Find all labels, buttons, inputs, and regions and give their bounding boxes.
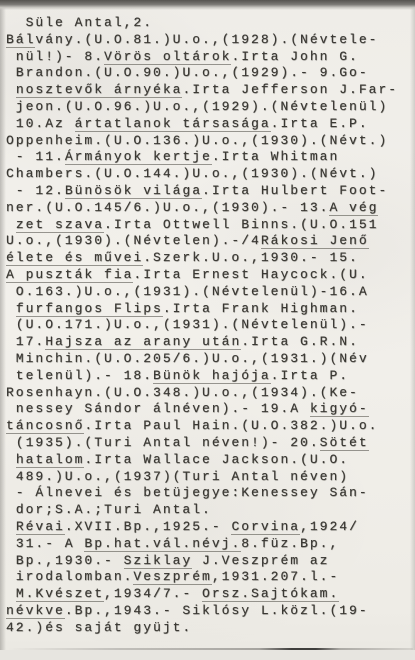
text-line: O.163.)U.o.,(1931).(Névtelenül)-16.A (6, 284, 410, 301)
text-line: hatalom.Irta Wallace Jackson.(U.O. (6, 452, 410, 469)
text-line: nessey Sándor álnéven).- 19.A kigyó- (6, 401, 410, 418)
text-line: Révai.XVII.Bp.,1925.- Corvina,1924/ (6, 519, 410, 536)
text-line: - 12.Bünösök világa.Irta Hulbert Foot- (6, 183, 410, 200)
text-line: M.Kvészet,1934/7.- Orsz.Sajtókam. (6, 586, 410, 603)
text-line: élete és művei.Szerk.U.o.,1930.- 15. (6, 250, 410, 267)
text-line: nül!)- 8.Vörös oltárok.Irta John G. (6, 49, 410, 66)
page-background: { "colors": { "paper": "#f1efe9", "ink":… (0, 0, 415, 660)
text-line: - Álnevei és betüjegye:Kenessey Sán- (6, 485, 410, 502)
text-line: Bálvány.(U.O.81.)U.o.,(1928).(Névtele- (6, 32, 410, 49)
text-line: telenül).- 18.Bünök hajója.Irta P. (6, 368, 410, 385)
text-line: 31.- A Bp.hat.vál.névj.8.füz.Bp., (6, 536, 410, 553)
scan-edge-right (410, 0, 415, 660)
text-line: - 11.Ármányok kertje.Irta Whitman (6, 149, 410, 166)
text-line: 10.Az ártatlanok társasága.Irta E.P. (6, 116, 410, 133)
text-line: táncosnő.Irta Paul Hain.(U.O.382.)U.o. (6, 418, 410, 435)
text-line: ner.(U.O.145/6.)U.o.,(1930).- 13.A vég (6, 200, 410, 217)
text-line: 489.)U.o.,(1937)(Turi Antal néven) (6, 469, 410, 486)
text-line: Brandon.(U.O.90.)U.o.,(1929).- 9.Go- (6, 65, 410, 82)
text-line: nosztevők árnyéka.Irta Jefferson J.Far- (6, 82, 410, 99)
text-line: Rosenhayn.(U.O.348.)U.o.,(1934).(Ke- (6, 385, 410, 402)
text-line: Oppenheim.(U.O.136.)U.o.,(1930).(Névt.) (6, 133, 410, 150)
text-line: A puszták fia.Irta Ernest Haycock.(U. (6, 267, 410, 284)
text-line: irodalomban.Veszprém,1931.207.l.- (6, 569, 410, 586)
text-line: Süle Antal,2. (6, 15, 410, 32)
text-line: furfangos Flips.Irta Frank Highman. (6, 301, 410, 318)
text-line: (U.O.171.)U.o.,(1931).(Névtelenül).- (6, 317, 410, 334)
text-line: Minchin.(U.O.205/6.)U.o.,(1931.)(Név (6, 351, 410, 368)
text-line: névkve.Bp.,1943.- Siklósy L.közl.(19- (6, 603, 410, 620)
text-line: zet szava.Irta Ottwell Binns.(U.O.151 (6, 217, 410, 234)
card-text: Süle Antal,2.Bálvány.(U.O.81.)U.o.,(1928… (6, 15, 410, 636)
text-line: Bp.,1930.- Sziklay J.Veszprém az (6, 553, 410, 570)
text-line: 42.)és saját gyüjt. (6, 620, 410, 637)
text-line: dor;S.A.;Turi Antal. (6, 502, 410, 519)
scan-edge-top (0, 0, 415, 10)
text-line: 17.Hajsza az arany után.Irta G.R.N. (6, 334, 410, 351)
scanned-card: Süle Antal,2.Bálvány.(U.O.81.)U.o.,(1928… (0, 0, 415, 660)
scan-margin-bottom (0, 650, 415, 660)
text-line: (1935).(Turi Antal néven!)- 20.Sötét (6, 435, 410, 452)
text-line: Chambers.(U.O.144.)U.o.,(1930).(Névt.) (6, 166, 410, 183)
text-line: jeon.(U.O.96.)U.o.,(1929).(Névtelenül) (6, 99, 410, 116)
text-line: U.o.,(1930).(Névtelen).-/4Rákosi Jenő (6, 233, 410, 250)
